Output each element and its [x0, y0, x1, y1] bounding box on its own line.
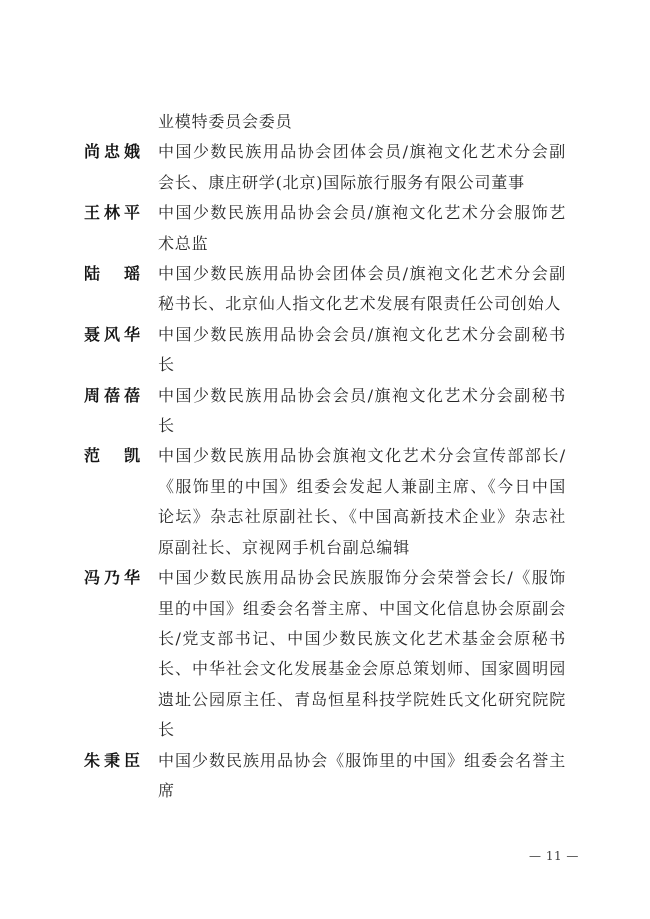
- member-entry: 王林平中国少数民族用品协会会员/旗袍文化艺术分会服饰艺术总监: [84, 198, 566, 259]
- description-line: 秘书长、北京仙人指文化艺术发展有限责任公司创始人: [158, 289, 566, 319]
- member-description: 中国少数民族用品协会《服饰里的中国》组委会名誉主席: [158, 746, 566, 807]
- member-description: 中国少数民族用品协会团体会员/旗袍文化艺术分会副会长、康庄研学(北京)国际旅行服…: [158, 137, 566, 198]
- member-name-char: 朱: [84, 746, 100, 776]
- description-line: 遗址公园原主任、青岛恒星科技学院姓氏文化研究院院: [158, 685, 566, 715]
- description-line: 中国少数民族用品协会团体会员/旗袍文化艺术分会副: [158, 137, 566, 167]
- member-entry: 冯乃华中国少数民族用品协会民族服饰分会荣誉会长/《服饰里的中国》组委会名誉主席、…: [84, 563, 566, 745]
- description-line: 席: [158, 776, 566, 806]
- document-page: 业模特委员会委员 尚忠娥中国少数民族用品协会团体会员/旗袍文化艺术分会副会长、康…: [0, 0, 650, 919]
- member-description: 中国少数民族用品协会旗袍文化艺术分会宣传部部长/《服饰里的中国》组委会发起人兼副…: [158, 441, 566, 563]
- member-name-char: 蓓: [124, 381, 140, 411]
- member-name-char: 蓓: [104, 381, 120, 411]
- member-name-char: 范: [84, 441, 100, 471]
- member-entry: 尚忠娥中国少数民族用品协会团体会员/旗袍文化艺术分会副会长、康庄研学(北京)国际…: [84, 137, 566, 198]
- description-line: 里的中国》组委会名誉主席、中国文化信息协会原副会: [158, 594, 566, 624]
- description-line: 长: [158, 350, 566, 380]
- member-name-char: 臣: [124, 746, 140, 776]
- member-name: 陆瑶: [84, 259, 140, 289]
- member-list: 业模特委员会委员 尚忠娥中国少数民族用品协会团体会员/旗袍文化艺术分会副会长、康…: [84, 107, 566, 806]
- member-description: 中国少数民族用品协会团体会员/旗袍文化艺术分会副秘书长、北京仙人指文化艺术发展有…: [158, 259, 566, 320]
- member-name-char: 乃: [104, 563, 120, 593]
- member-entry: 范凯中国少数民族用品协会旗袍文化艺术分会宣传部部长/《服饰里的中国》组委会发起人…: [84, 441, 566, 563]
- member-name: 朱秉臣: [84, 746, 140, 776]
- description-line: 论坛》杂志社原副社长、《中国高新技术企业》杂志社: [158, 502, 566, 532]
- member-entry: 聂风华中国少数民族用品协会会员/旗袍文化艺术分会副秘书长: [84, 320, 566, 381]
- description-line: 会长、康庄研学(北京)国际旅行服务有限公司董事: [158, 168, 566, 198]
- member-name: 尚忠娥: [84, 137, 140, 167]
- member-description: 中国少数民族用品协会会员/旗袍文化艺术分会副秘书长: [158, 381, 566, 442]
- member-name-char: 风: [104, 320, 120, 350]
- description-line: 长: [158, 715, 566, 745]
- continuation-line: 业模特委员会委员: [158, 107, 566, 137]
- member-name-char: 华: [124, 563, 140, 593]
- description-line: 中国少数民族用品协会会员/旗袍文化艺术分会服饰艺: [158, 198, 566, 228]
- member-name: 范凯: [84, 441, 140, 471]
- member-name: 冯乃华: [84, 563, 140, 593]
- member-entry: 朱秉臣中国少数民族用品协会《服饰里的中国》组委会名誉主席: [84, 746, 566, 807]
- description-line: 术总监: [158, 229, 566, 259]
- description-line: 中国少数民族用品协会会员/旗袍文化艺术分会副秘书: [158, 320, 566, 350]
- member-name-char: 凯: [124, 441, 140, 471]
- member-name-char: 秉: [104, 746, 120, 776]
- member-name-char: 忠: [104, 137, 120, 167]
- member-entries: 尚忠娥中国少数民族用品协会团体会员/旗袍文化艺术分会副会长、康庄研学(北京)国际…: [84, 137, 566, 806]
- member-name-char: 冯: [84, 563, 100, 593]
- member-name-char: 华: [124, 320, 140, 350]
- member-name-char: 王: [84, 198, 100, 228]
- description-line: 长/党支部书记、中国少数民族文化艺术基金会原秘书: [158, 624, 566, 654]
- description-line: 原副社长、京视网手机台副总编辑: [158, 533, 566, 563]
- description-line: 《服饰里的中国》组委会发起人兼副主席、《今日中国: [158, 472, 566, 502]
- member-name-char: 娥: [124, 137, 140, 167]
- member-name-char: 瑶: [124, 259, 140, 289]
- page-number: — 11 —: [529, 849, 579, 863]
- member-entry: 周蓓蓓中国少数民族用品协会会员/旗袍文化艺术分会副秘书长: [84, 381, 566, 442]
- member-entry: 陆瑶中国少数民族用品协会团体会员/旗袍文化艺术分会副秘书长、北京仙人指文化艺术发…: [84, 259, 566, 320]
- description-line: 长: [158, 411, 566, 441]
- member-name-char: 林: [104, 198, 120, 228]
- continuation-row: 业模特委员会委员: [84, 107, 566, 137]
- continuation-text-column: 业模特委员会委员: [158, 107, 566, 137]
- member-name: 周蓓蓓: [84, 381, 140, 411]
- member-name-char: 尚: [84, 137, 100, 167]
- member-description: 中国少数民族用品协会民族服饰分会荣誉会长/《服饰里的中国》组委会名誉主席、中国文…: [158, 563, 566, 745]
- member-description: 中国少数民族用品协会会员/旗袍文化艺术分会服饰艺术总监: [158, 198, 566, 259]
- member-name-char: 聂: [84, 320, 100, 350]
- member-description: 中国少数民族用品协会会员/旗袍文化艺术分会副秘书长: [158, 320, 566, 381]
- member-name-char: 平: [124, 198, 140, 228]
- member-name-char: 周: [84, 381, 100, 411]
- member-name: 王林平: [84, 198, 140, 228]
- description-line: 中国少数民族用品协会团体会员/旗袍文化艺术分会副: [158, 259, 566, 289]
- description-line: 中国少数民族用品协会旗袍文化艺术分会宣传部部长/: [158, 441, 566, 471]
- description-line: 中国少数民族用品协会《服饰里的中国》组委会名誉主: [158, 746, 566, 776]
- member-name: 聂风华: [84, 320, 140, 350]
- description-line: 中国少数民族用品协会民族服饰分会荣誉会长/《服饰: [158, 563, 566, 593]
- description-line: 中国少数民族用品协会会员/旗袍文化艺术分会副秘书: [158, 381, 566, 411]
- description-line: 长、中华社会文化发展基金会原总策划师、国家圆明园: [158, 654, 566, 684]
- member-name-char: 陆: [84, 259, 100, 289]
